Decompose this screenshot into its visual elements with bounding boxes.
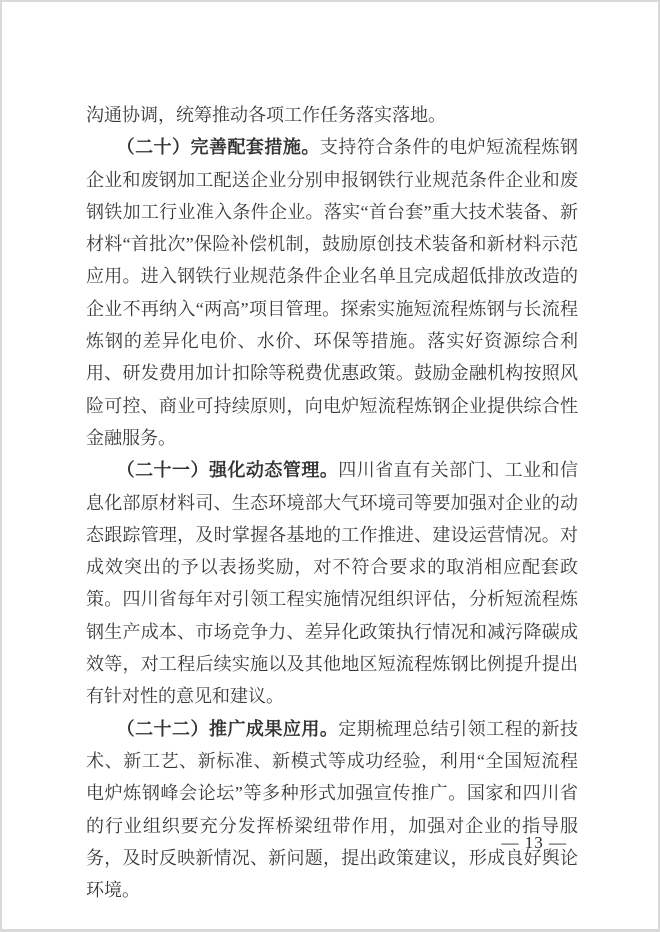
paragraph-text: 支持符合条件的电炉短流程炼钢企业和废钢加工配送企业分别申报钢铁行业规范条件企业和…: [86, 137, 578, 448]
paragraph-text: 定期梳理总结引领工程的新技术、新工艺、新标准、新模式等成功经验，利用“全国短流程…: [86, 719, 578, 900]
paragraph-section-20: （二十）完善配套措施。支持符合条件的电炉短流程炼钢企业和废钢加工配送企业分别申报…: [86, 131, 578, 454]
section-heading: （二十二）推广成果应用。: [117, 719, 339, 739]
page-number: — 13 —: [502, 833, 568, 853]
paragraph-section-22: （二十二）推广成果应用。定期梳理总结引领工程的新技术、新工艺、新标准、新模式等成…: [86, 713, 578, 907]
section-heading: （二十一）强化动态管理。: [117, 460, 339, 480]
document-body: 沟通协调，统筹推动各项工作任务落实落地。 （二十）完善配套措施。支持符合条件的电…: [86, 99, 578, 906]
paragraph-text: 四川省直有关部门、工业和信息化部原材料司、生态环境部大气环境司等要加强对企业的动…: [86, 460, 578, 706]
paragraph-text: 沟通协调，统筹推动各项工作任务落实落地。: [86, 105, 446, 125]
document-page: 沟通协调，统筹推动各项工作任务落实落地。 （二十）完善配套措施。支持符合条件的电…: [0, 0, 660, 932]
paragraph-continuation: 沟通协调，统筹推动各项工作任务落实落地。: [86, 99, 578, 131]
section-heading: （二十）完善配套措施。: [117, 137, 320, 157]
paragraph-section-21: （二十一）强化动态管理。四川省直有关部门、工业和信息化部原材料司、生态环境部大气…: [86, 454, 578, 712]
